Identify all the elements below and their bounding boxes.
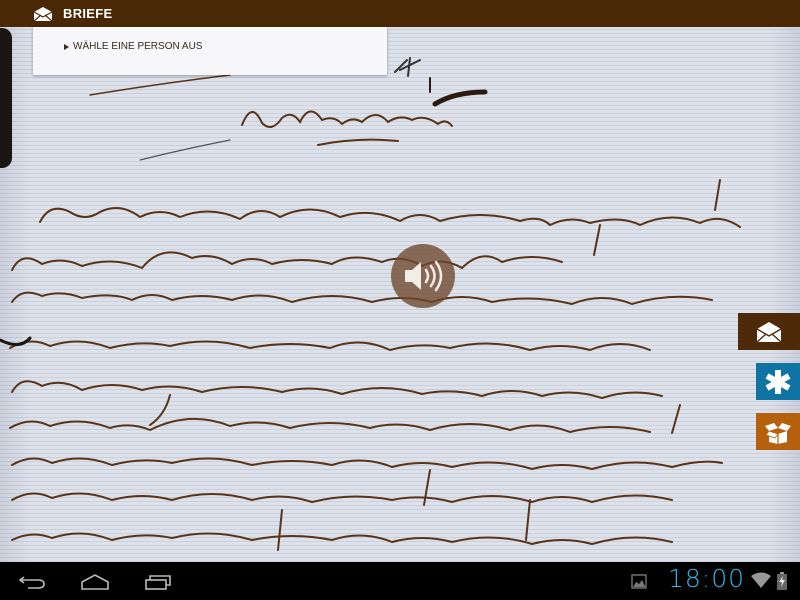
home-button[interactable]	[78, 570, 112, 594]
audio-play-button[interactable]	[391, 244, 455, 308]
home-icon	[80, 574, 110, 590]
status-clock: 18:00	[668, 564, 745, 593]
battery-charging-icon	[777, 572, 787, 595]
person-selector-panel: WÄHLE EINE PERSON AUS	[33, 27, 387, 75]
wifi-icon	[751, 572, 771, 593]
open-box-icon	[764, 420, 792, 444]
envelope-open-icon	[33, 6, 53, 22]
page-title: BRIEFE	[63, 6, 112, 21]
select-person-label: WÄHLE EINE PERSON AUS	[73, 41, 202, 52]
back-button[interactable]	[16, 570, 48, 594]
archive-button[interactable]	[756, 413, 800, 450]
asterisk-icon	[765, 369, 791, 395]
triangle-right-icon	[64, 44, 69, 50]
gallery-icon	[631, 574, 647, 594]
envelope-open-icon	[756, 321, 782, 343]
letters-button[interactable]	[738, 313, 800, 350]
glossary-button[interactable]	[756, 363, 800, 400]
speaker-icon	[403, 259, 443, 293]
recent-apps-icon	[144, 574, 172, 590]
recent-apps-button[interactable]	[142, 570, 174, 594]
app-header: BRIEFE	[0, 0, 800, 27]
back-arrow-icon	[18, 574, 46, 590]
select-person-item[interactable]: WÄHLE EINE PERSON AUS	[64, 41, 202, 52]
